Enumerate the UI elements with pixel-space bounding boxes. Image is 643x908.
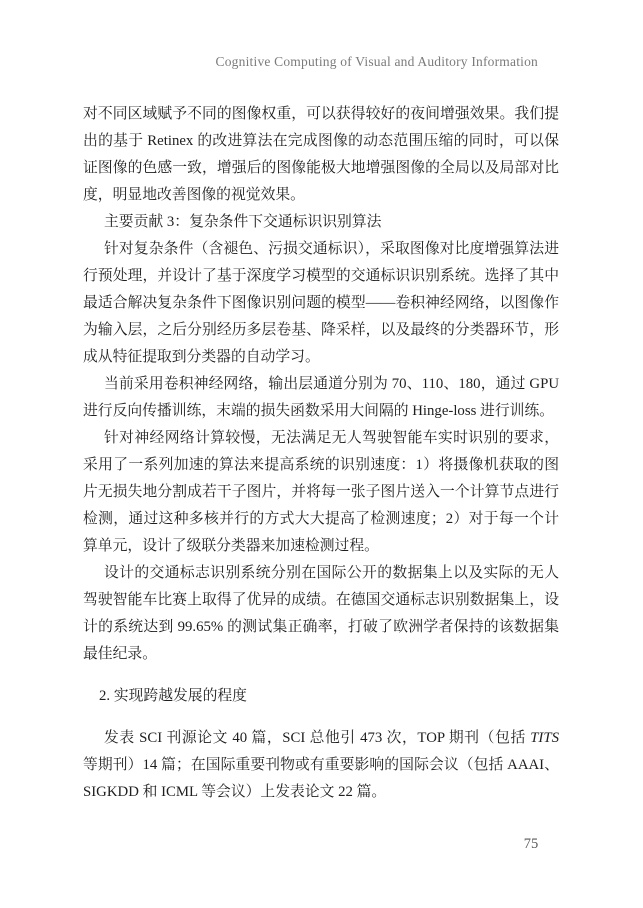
paragraph-acceleration-methods: 针对神经网络计算较慢，无法满足无人驾驶智能车实时识别的要求，采用了一系列加速的算…: [83, 425, 559, 560]
section-2-heading: 2. 实现跨越发展的程度: [83, 683, 559, 710]
paragraph-text: 等期刊）14 篇；在国际重要刊物或有重要影响的国际会议（包括 AAAI、SIGK…: [83, 757, 559, 800]
document-page: Cognitive Computing of Visual and Audito…: [0, 0, 643, 908]
paragraph-benchmark-results: 设计的交通标志识别系统分别在国际公开的数据集上以及实际的无人驾驶智能车比赛上取得…: [83, 560, 559, 668]
journal-name-italic: TITS: [530, 730, 559, 746]
paragraph-text: 发表 SCI 刊源论文 40 篇，SCI 总他引 473 次，TOP 期刊（包括: [104, 730, 530, 746]
paragraph-cnn-training: 当前采用卷积神经网络，输出层通道分别为 70、110、180，通过 GPU 进行…: [83, 371, 559, 425]
paragraph-retinex-conclusion: 对不同区域赋予不同的图像权重，可以获得较好的夜间增强效果。我们提出的基于 Ret…: [83, 101, 559, 209]
paragraph-traffic-sign-system: 针对复杂条件（含褪色、污损交通标识），采取图像对比度增强算法进行预处理，并设计了…: [83, 236, 559, 371]
contribution-3-heading: 主要贡献 3：复杂条件下交通标识识别算法: [83, 209, 559, 236]
page-number: 75: [516, 836, 546, 853]
document-body: 对不同区域赋予不同的图像权重，可以获得较好的夜间增强效果。我们提出的基于 Ret…: [83, 101, 559, 806]
running-header: Cognitive Computing of Visual and Audito…: [84, 54, 538, 70]
paragraph-publication-stats: 发表 SCI 刊源论文 40 篇，SCI 总他引 473 次，TOP 期刊（包括…: [83, 725, 559, 806]
